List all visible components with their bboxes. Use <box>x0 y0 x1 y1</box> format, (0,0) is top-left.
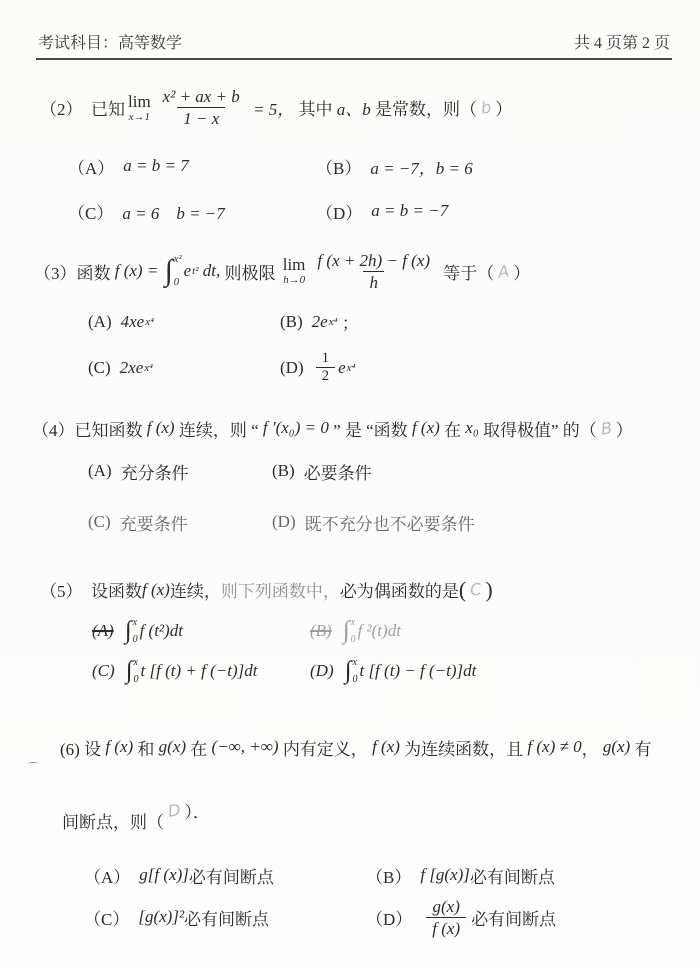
q4-option-d: (D) 既不充分也不必要条件 <box>272 510 700 535</box>
q2-equals: = 5， <box>249 95 294 120</box>
handwritten-answer-mark: D <box>167 800 182 820</box>
question-2-stem: （2） 已知 lim x→1 x² + ax + b 1 − x = 5， 其中… <box>40 86 700 130</box>
integral: ∫ x 0 <box>345 657 358 685</box>
handwritten-answer-mark: B <box>600 418 613 438</box>
q6-stem-line2: ⌒ 间断点，则（ D ）． <box>0 768 700 853</box>
q3-option-d: (D) 1 2 ex⁴ <box>280 350 700 386</box>
question-6-stem: (6) 设 f (x) 和 g(x) 在 (−∞, +∞) 内有定义， f (x… <box>0 735 700 853</box>
q5-option-b: (B) ∫ x 0 f ²(t)dt <box>310 617 700 645</box>
q2-text2: 是常数，则（ <box>371 95 477 120</box>
question-5-stem: （5） 设函数 f (x) 连续， 则下列函数中， 必为偶函数的是 ( C ) <box>40 577 700 603</box>
handwritten-answer-mark: b <box>480 98 492 118</box>
q6-close-paren: ）． <box>184 798 210 823</box>
q6-option-c: （C） [g(x)]² 必有间断点 <box>84 905 366 930</box>
q3-number: （3）函数 <box>34 259 115 284</box>
q2-option-d: （D） a = b = −7 <box>316 199 700 224</box>
q3-integrand: e <box>184 261 192 281</box>
q3-option-b: (B) 2ex⁴ ； <box>280 309 700 334</box>
integral: ∫ x 0 <box>125 617 138 645</box>
integral: ∫ x 0 <box>343 617 356 645</box>
integral-icon: ∫ <box>343 619 350 643</box>
handwritten-answer-mark: C <box>469 579 482 599</box>
q4-option-c: (C) 充要条件 <box>88 510 272 535</box>
question-3-stem: （3）函数 f (x) = ∫ x² 0 et² dt, 则极限 lim h→0… <box>34 250 700 294</box>
q3-text: 则极限 <box>220 259 280 284</box>
page-header: 考试科目：高等数学 共 4 页第 2 页 <box>0 0 700 53</box>
integral-icon: ∫ <box>165 257 173 286</box>
q2-option-a: （A） a = b = 7 <box>68 154 316 179</box>
q4-option-b: (B) 必要条件 <box>272 459 700 484</box>
q6-line2-text: ⌒ 间断点，则（ <box>28 768 164 853</box>
exam-subject-label: 考试科目：高等数学 <box>38 30 182 53</box>
fraction: 1 2 <box>316 350 336 386</box>
q4-number: （4）已知函数 <box>32 416 147 441</box>
q2-option-c: （C） a = 6 b = −7 <box>68 199 316 224</box>
question-4-stem: （4）已知函数 f (x) 连续，则 “ f ′(x₀) = 0 ” 是 “函数… <box>32 416 700 441</box>
header-divider <box>36 58 672 60</box>
q6-option-d: （D） g(x) f (x) 必有间断点 <box>366 896 700 940</box>
fraction: f (x + 2h) − f (x) h <box>313 250 434 294</box>
q2-close-paren: ） <box>495 95 512 120</box>
integral: ∫ x 0 <box>126 657 139 685</box>
q4-option-a: (A) 充分条件 <box>88 459 272 484</box>
question-3-options: (A) 4xex⁴ (B) 2ex⁴ ； (C) 2xex⁴ (D) 1 2 e… <box>88 309 700 386</box>
fraction: g(x) f (x) <box>426 896 466 940</box>
q5-close-paren: ) <box>485 577 492 603</box>
integral-icon: ∫ <box>126 659 133 683</box>
q6-option-b: （B） f [g(x)] 必有间断点 <box>366 863 700 888</box>
q2-option-b: （B） a = −7，b = 6 <box>316 154 700 179</box>
q6-option-a: （A） g[f (x)] 必有间断点 <box>84 863 366 888</box>
q3-close-paren: ） <box>513 259 530 284</box>
scanned-exam-page: 考试科目：高等数学 共 4 页第 2 页 （2） 已知 lim x→1 x² +… <box>0 0 700 965</box>
q5-option-d: (D) ∫ x 0 t [f (t) − f (−t)]dt <box>310 657 700 685</box>
page-number-indicator: 共 4 页第 2 页 <box>574 30 670 53</box>
question-4-options: (A) 充分条件 (B) 必要条件 (C) 充要条件 (D) 既不充分也不必要条… <box>88 459 700 535</box>
q2-text: 其中 <box>294 95 337 120</box>
fraction: x² + ax + b 1 − x <box>159 86 244 130</box>
question-5-options: (A) ∫ x 0 f (t²)dt (B) ∫ x 0 f ²(t)dt <box>92 617 700 685</box>
q2-number: （2） 已知 <box>40 95 125 120</box>
pencil-hat-mark: ⌒ <box>28 759 38 774</box>
question-6-options: （A） g[f (x)] 必有间断点 （B） f [g(x)] 必有间断点 （C… <box>84 863 700 940</box>
q6-number: (6) 设 <box>60 735 105 760</box>
q5-number: （5） 设函数 <box>40 577 142 602</box>
q5-option-a: (A) ∫ x 0 f (t²)dt <box>92 617 310 645</box>
question-2-options: （A） a = b = 7 （B） a = −7，b = 6 （C） a = 6… <box>68 154 700 224</box>
limit-notation: lim h→0 <box>283 256 306 286</box>
integral-icon: ∫ <box>125 619 132 643</box>
q5-option-c: (C) ∫ x 0 t [f (t) + f (−t)]dt <box>92 657 310 685</box>
q4-close-paren: ） <box>616 416 633 441</box>
handwritten-answer-mark: A <box>497 261 510 281</box>
q3-fx: f (x) = <box>115 261 163 281</box>
q3-option-c: (C) 2xex⁴ <box>88 358 280 378</box>
q3-text2: 等于（ <box>439 259 494 284</box>
q4-condition: f ′(x₀) = 0 <box>263 418 329 438</box>
q3-dt: dt, <box>199 261 221 281</box>
integral: ∫ x² 0 <box>165 254 182 288</box>
limit-notation: lim x→1 <box>128 93 151 123</box>
integral-icon: ∫ <box>345 659 352 683</box>
q5-smudged-text: 则下列函数中， <box>221 577 340 602</box>
q3-option-a: (A) 4xex⁴ <box>88 312 280 332</box>
q5-open-paren: ( <box>459 577 466 603</box>
q2-vars: a、b <box>337 95 371 120</box>
q6-stem-line1: (6) 设 f (x) 和 g(x) 在 (−∞, +∞) 内有定义， f (x… <box>0 735 700 760</box>
